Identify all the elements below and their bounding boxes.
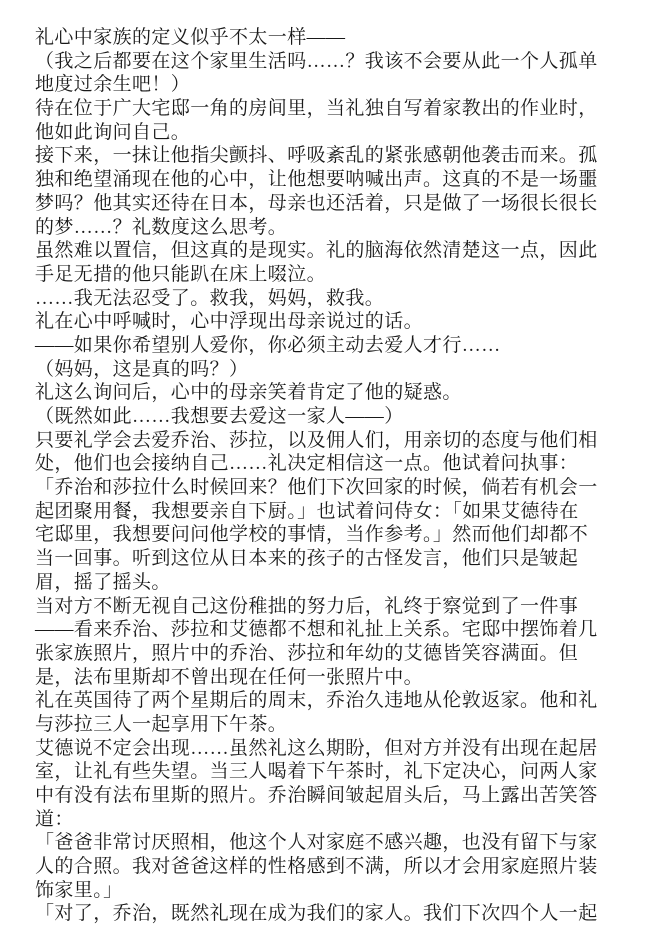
text-line: 的梦……？礼数度这么思考。 bbox=[35, 216, 641, 240]
text-line: 道： bbox=[35, 808, 641, 832]
text-line: （既然如此……我想要去爱这一家人——） bbox=[35, 405, 641, 429]
text-line: 人的合照。我对爸爸这样的性格感到不满，所以才会用家庭照片装 bbox=[35, 855, 641, 879]
text-line: ——看来乔治、莎拉和艾德都不想和礼扯上关系。宅邸中摆饰着几 bbox=[35, 618, 641, 642]
text-line: 室，让礼有些失望。当三人喝着下午茶时，礼下定决心，问两人家 bbox=[35, 760, 641, 784]
text-line: 处，他们也会接纳自己……礼决定相信这一点。他试着问执事： bbox=[35, 452, 641, 476]
text-line: 「乔治和莎拉什么时候回来？他们下次回家的时候，倘若有机会一 bbox=[35, 476, 641, 500]
text-line: 他如此询问自己。 bbox=[35, 121, 641, 145]
text-line: 独和绝望涌现在他的心中，让他想要呐喊出声。这真的不是一场噩 bbox=[35, 168, 641, 192]
text-line: 当一回事。听到这位从日本来的孩子的古怪发言，他们只是皱起 bbox=[35, 547, 641, 571]
text-line: 手足无措的他只能趴在床上啜泣。 bbox=[35, 263, 641, 287]
text-line: 虽然难以置信，但这真的是现实。礼的脑海依然清楚这一点，因此 bbox=[35, 239, 641, 263]
text-line: 中有没有法布里斯的照片。乔治瞬间皱起眉头后，马上露出苦笑答 bbox=[35, 784, 641, 808]
text-line: 地度过余生吧！） bbox=[35, 73, 641, 97]
text-line: 礼这么询问后，心中的母亲笑着肯定了他的疑惑。 bbox=[35, 381, 641, 405]
text-line: 梦吗？他其实还待在日本，母亲也还活着，只是做了一场很长很长 bbox=[35, 192, 641, 216]
text-line: 与莎拉三人一起享用下午茶。 bbox=[35, 713, 641, 737]
text-line: 礼在心中呼喊时，心中浮现出母亲说过的话。 bbox=[35, 310, 641, 334]
text-line: 「对了，乔治，既然礼现在成为我们的家人。我们下次四个人一起 bbox=[35, 902, 641, 926]
text-line: 起团聚用餐，我想要亲自下厨。」也试着问侍女：「如果艾德待在 bbox=[35, 500, 641, 524]
document-page: 礼心中家族的定义似乎不太一样—— （我之后都要在这个家里生活吗……？我该不会要从… bbox=[0, 0, 662, 935]
text-line: 饰家里。」 bbox=[35, 879, 641, 903]
text-line: 礼在英国待了两个星期后的周末，乔治久违地从伦敦返家。他和礼 bbox=[35, 689, 641, 713]
text-line: 礼心中家族的定义似乎不太一样—— bbox=[35, 26, 641, 50]
text-line: 是，法布里斯却不曾出现在任何一张照片中。 bbox=[35, 666, 641, 690]
text-line: 宅邸里，我想要问问他学校的事情，当作参考。」然而他们却都不 bbox=[35, 523, 641, 547]
text-line: 当对方不断无视自己这份稚拙的努力后，礼终于察觉到了一件事 bbox=[35, 595, 641, 619]
text-line: 艾德说不定会出现……虽然礼这么期盼，但对方并没有出现在起居 bbox=[35, 737, 641, 761]
text-line: ——如果你希望别人爱你，你必须主动去爱人才行…… bbox=[35, 334, 641, 358]
text-line: 张家族照片，照片中的乔治、莎拉和年幼的艾德皆笑容满面。但 bbox=[35, 642, 641, 666]
text-line: 眉，摇了摇头。 bbox=[35, 571, 641, 595]
text-line: （我之后都要在这个家里生活吗……？我该不会要从此一个人孤单 bbox=[35, 50, 641, 74]
text-line: 接下来，一抹让他指尖颤抖、呼吸紊乱的紧张感朝他袭击而来。孤 bbox=[35, 144, 641, 168]
novel-text-block: 礼心中家族的定义似乎不太一样—— （我之后都要在这个家里生活吗……？我该不会要从… bbox=[35, 26, 641, 926]
text-line: 只要礼学会去爱乔治、莎拉，以及佣人们，用亲切的态度与他们相 bbox=[35, 429, 641, 453]
text-line: ……我无法忍受了。救我，妈妈，救我。 bbox=[35, 287, 641, 311]
text-line: 待在位于广大宅邸一角的房间里，当礼独自写着家教出的作业时， bbox=[35, 97, 641, 121]
text-line: 「爸爸非常讨厌照相，他这个人对家庭不感兴趣，也没有留下与家 bbox=[35, 831, 641, 855]
text-line: （妈妈，这是真的吗？） bbox=[35, 358, 641, 382]
